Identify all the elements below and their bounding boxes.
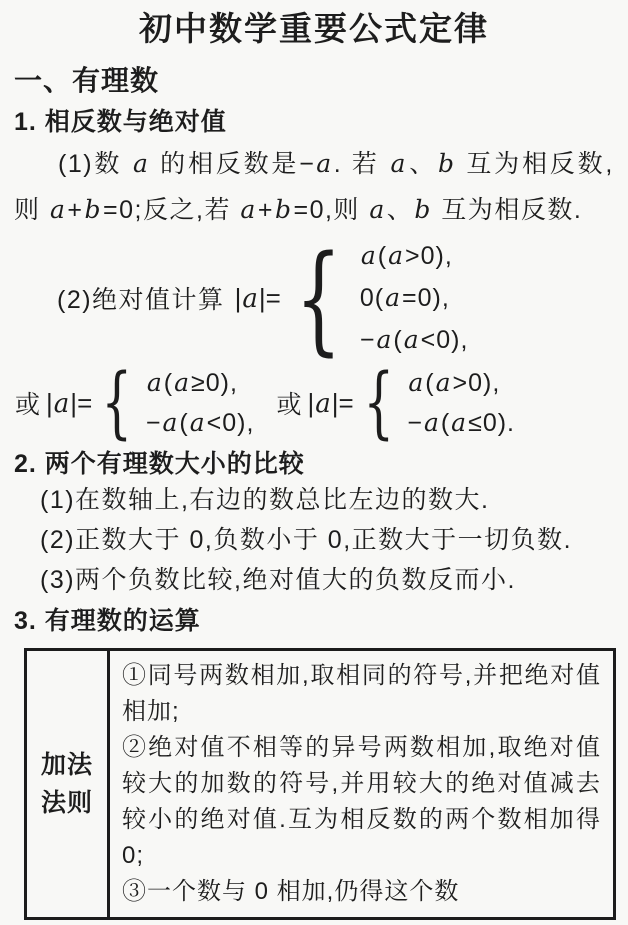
left-curly-brace-icon: {	[295, 239, 342, 357]
abs-value-lhs-alt1: |a|=	[46, 388, 92, 419]
left-curly-brace-icon: {	[363, 364, 394, 442]
formula-absolute-value-alternatives: 或 |a|= { a(a≥0), −a(a<0), 或 |a|= { a(a>0…	[15, 363, 614, 443]
abs-value-lhs-alt2: |a|=	[307, 388, 353, 419]
addition-rule-1: ①同号两数相加,取相同的符号,并把绝对值相加;	[122, 658, 601, 730]
formula-prefix-abs-calc: (2)绝对值计算	[57, 280, 225, 316]
subheading-comparison: 2. 两个有理数大小的比较	[14, 448, 614, 480]
abs-value-lhs: |a|=	[235, 283, 281, 314]
formula-absolute-value-definition: (2)绝对值计算 |a|= { a(a>0), 0(a=0), −a(a<0),	[57, 235, 614, 361]
addition-rule-2: ②绝对值不相等的异号两数相加,取绝对值较大的加数的符号,并用较大的绝对值减去较小…	[122, 730, 601, 874]
table-row: 加法 法则 ①同号两数相加,取相同的符号,并把绝对值相加; ②绝对值不相等的异号…	[26, 650, 615, 919]
alt-formula-2: 或 |a|= { a(a>0), −a(a≤0).	[276, 363, 515, 443]
case-zero: 0(a=0),	[360, 277, 469, 319]
subheading-operations: 3. 有理数的运算	[14, 605, 614, 637]
left-curly-brace-icon: {	[102, 364, 133, 442]
comparison-rule-3: (3)两个负数比较,绝对值大的负数反而小.	[14, 560, 614, 600]
subheading-opposite-and-absolute: 1. 相反数与绝对值	[14, 106, 614, 138]
piecewise-cases: a(a>0), 0(a=0), −a(a<0),	[350, 235, 469, 361]
or-word-2: 或	[276, 385, 301, 421]
comparison-rule-1: (1)在数轴上,右边的数总比左边的数大.	[14, 480, 614, 520]
case-positive: a(a>0),	[360, 235, 469, 277]
case-negative: −a(a<0),	[360, 319, 469, 361]
addition-rules-table: 加法 法则 ①同号两数相加,取相同的符号,并把绝对值相加; ②绝对值不相等的异号…	[24, 648, 616, 920]
rule-label-cell: 加法 法则	[26, 650, 109, 919]
rule-content-cell: ①同号两数相加,取相同的符号,并把绝对值相加; ②绝对值不相等的异号两数相加,取…	[109, 650, 615, 919]
case-positive: a(a>0),	[407, 363, 515, 403]
addition-rule-3: ③一个数与 0 相加,仍得这个数	[122, 874, 601, 910]
paragraph-opposite-number: (1)数 a 的相反数是−a. 若 a、b 互为相反数,则 a+b=0;反之,若…	[14, 141, 614, 233]
comparison-rule-2: (2)正数大于 0,负数小于 0,正数大于一切负数.	[14, 520, 614, 560]
alt-formula-1: 或 |a|= { a(a≥0), −a(a<0),	[15, 363, 254, 443]
page-title: 初中数学重要公式定律	[14, 8, 614, 50]
rule-label-line-1: 加法	[28, 746, 106, 784]
or-word-1: 或	[15, 385, 40, 421]
piecewise-cases-alt2: a(a>0), −a(a≤0).	[397, 363, 515, 443]
piecewise-cases-alt1: a(a≥0), −a(a<0),	[136, 363, 255, 443]
section-heading-rational-numbers: 一、有理数	[14, 64, 614, 98]
rule-label-line-2: 法则	[28, 784, 106, 822]
document-page: 初中数学重要公式定律 一、有理数 1. 相反数与绝对值 (1)数 a 的相反数是…	[0, 0, 628, 920]
case-nonnegative: a(a≥0),	[146, 363, 255, 403]
case-negative: −a(a<0),	[146, 403, 255, 443]
case-nonpositive: −a(a≤0).	[407, 403, 515, 443]
